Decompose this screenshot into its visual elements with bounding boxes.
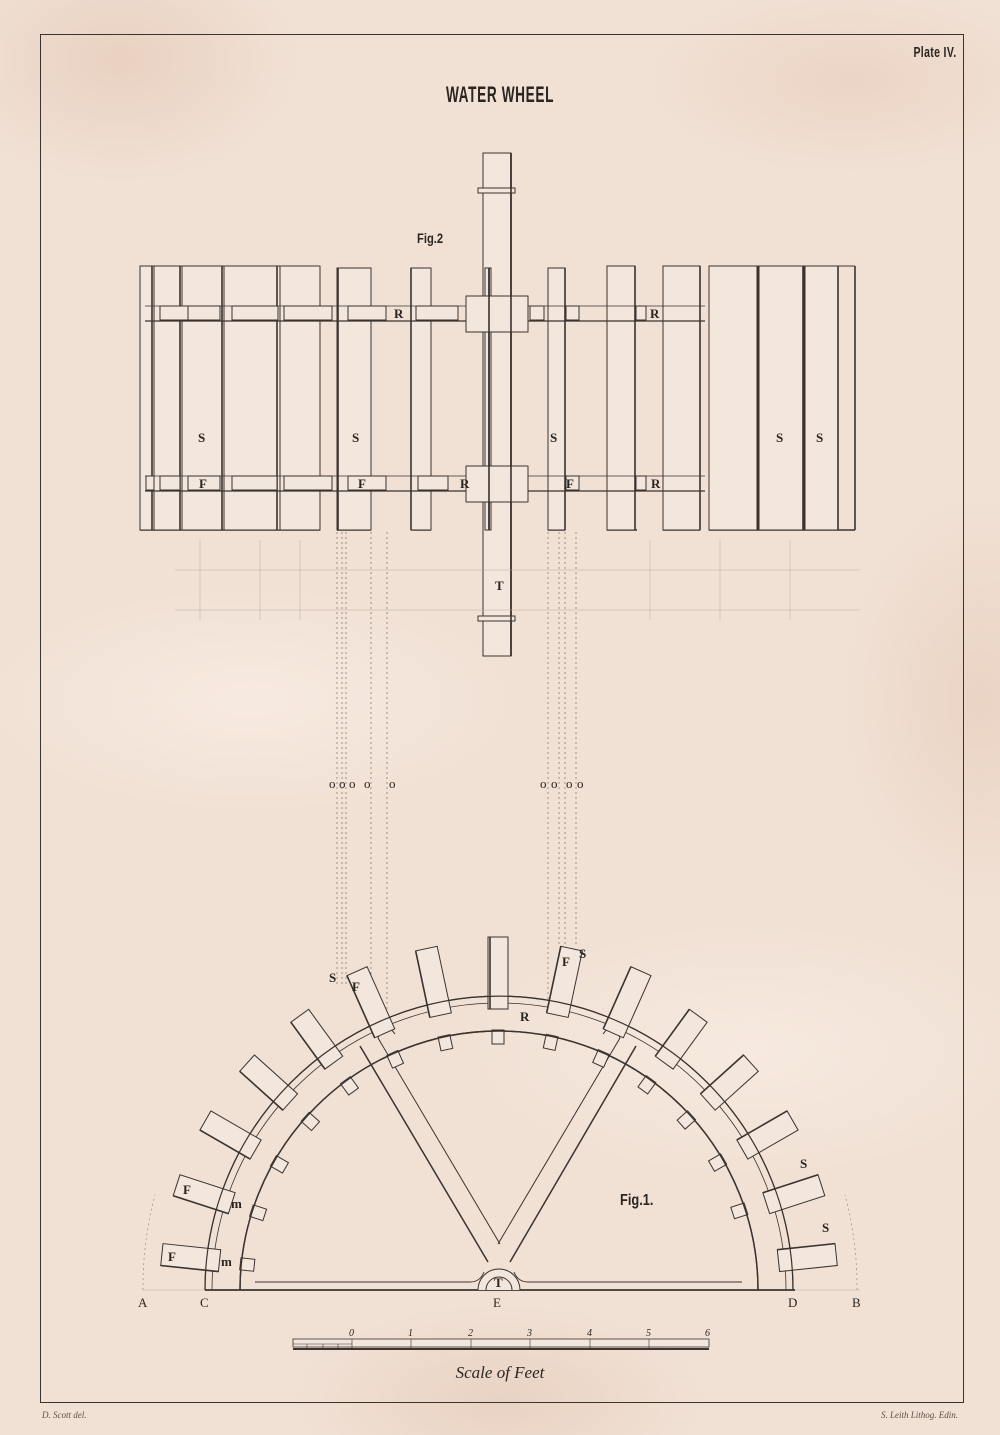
scale-tick-0: 0 — [349, 1328, 354, 1339]
scale-bar — [293, 1339, 709, 1349]
label-F: F — [352, 979, 360, 994]
mark-o: o — [551, 776, 558, 791]
mark-o: o — [540, 776, 547, 791]
scale-tick-2: 2 — [468, 1328, 473, 1339]
label-S: S — [329, 970, 336, 985]
point-D: D — [788, 1295, 797, 1310]
label-R: R — [520, 1009, 530, 1024]
label-F: F — [168, 1249, 176, 1264]
label-S: S — [822, 1220, 829, 1235]
projection-lines — [337, 532, 576, 1010]
label-m: m — [221, 1254, 232, 1269]
label-R: R — [651, 476, 661, 491]
label-S: S — [579, 946, 586, 961]
scale-tick-6: 6 — [705, 1328, 710, 1339]
draughtsman-credit: D. Scott del. — [42, 1410, 87, 1420]
projection-marks: o o o o o o o o o — [329, 776, 584, 791]
point-A: A — [138, 1295, 148, 1310]
scale-tick-1: 1 — [408, 1328, 413, 1339]
label-F: F — [566, 476, 574, 491]
label-T: T — [495, 578, 504, 593]
mark-o: o — [566, 776, 573, 791]
mark-o: o — [577, 776, 584, 791]
engineering-drawing: R R S S S S S F F R F R T o o o o o o o … — [0, 0, 1000, 1435]
label-R: R — [460, 476, 470, 491]
label-R: R — [650, 306, 660, 321]
scale-caption: Scale of Feet — [0, 1363, 1000, 1383]
label-S: S — [800, 1156, 807, 1171]
scale-tick-5: 5 — [646, 1328, 651, 1339]
label-S: S — [198, 430, 205, 445]
label-F: F — [358, 476, 366, 491]
label-S: S — [776, 430, 783, 445]
fig1-elevation — [143, 937, 860, 1290]
mark-o: o — [349, 776, 356, 791]
scale-tick-4: 4 — [587, 1328, 592, 1339]
label-F: F — [183, 1182, 191, 1197]
scale-tick-3: 3 — [526, 1328, 532, 1339]
label-R: R — [394, 306, 404, 321]
lithographer-credit: S. Leith Lithog. Edin. — [881, 1410, 958, 1420]
point-B: B — [852, 1295, 861, 1310]
mark-o: o — [339, 776, 346, 791]
label-S: S — [550, 430, 557, 445]
scale-ticks: 0 1 2 3 4 5 6 — [349, 1328, 710, 1339]
point-E: E — [493, 1295, 501, 1310]
label-T: T — [494, 1275, 503, 1290]
label-F: F — [562, 954, 570, 969]
label-S: S — [816, 430, 823, 445]
mark-o: o — [364, 776, 371, 791]
point-C: C — [200, 1295, 209, 1310]
fig1-baseline-points: A C E D B — [138, 1295, 861, 1310]
mark-o: o — [329, 776, 336, 791]
label-S: S — [352, 430, 359, 445]
label-F: F — [199, 476, 207, 491]
mark-o: o — [389, 776, 396, 791]
label-m: m — [231, 1196, 242, 1211]
